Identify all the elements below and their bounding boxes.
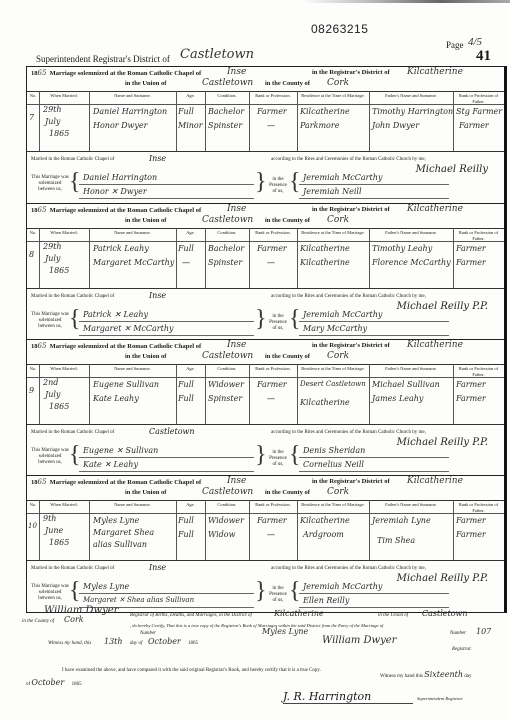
marriage-entry: 1865 Marriage solemnized at the Roman Ca…	[27, 339, 504, 476]
examined-statement: I have examined the above, and have comp…	[62, 668, 321, 673]
page-number: 41	[476, 48, 491, 65]
page-handwritten: 4/5	[468, 36, 482, 48]
page-label: Page	[446, 40, 464, 50]
superintendent-district: Castletown	[180, 47, 254, 62]
superintendent-district-label: Superintendent Registrar's District of	[36, 54, 170, 64]
entry-header: 1865 Marriage solemnized at the Roman Ca…	[27, 67, 504, 92]
witness-line: Witness my hand this Sixteenth day	[380, 670, 472, 679]
superintendent-label: Superintendent Registrar.	[417, 696, 463, 701]
marriage-entry: 1865 Marriage solemnized at the Roman Ca…	[27, 475, 504, 613]
superintendent-signature: J. R. Harrington	[283, 690, 413, 704]
marriage-register: 1865 Marriage solemnized at the Roman Ca…	[26, 66, 507, 613]
reference-number: 08263215	[311, 22, 368, 36]
bottom-date: of October 1865	[26, 678, 82, 687]
marriage-entry: 1865 Marriage solemnized at the Roman Ca…	[27, 67, 504, 203]
scan-edge	[300, 0, 510, 3]
entry-table: No. When Married. Name and Surname. Age.…	[27, 91, 504, 152]
marriage-entry: 1865 Marriage solemnized at the Roman Ca…	[27, 203, 504, 340]
